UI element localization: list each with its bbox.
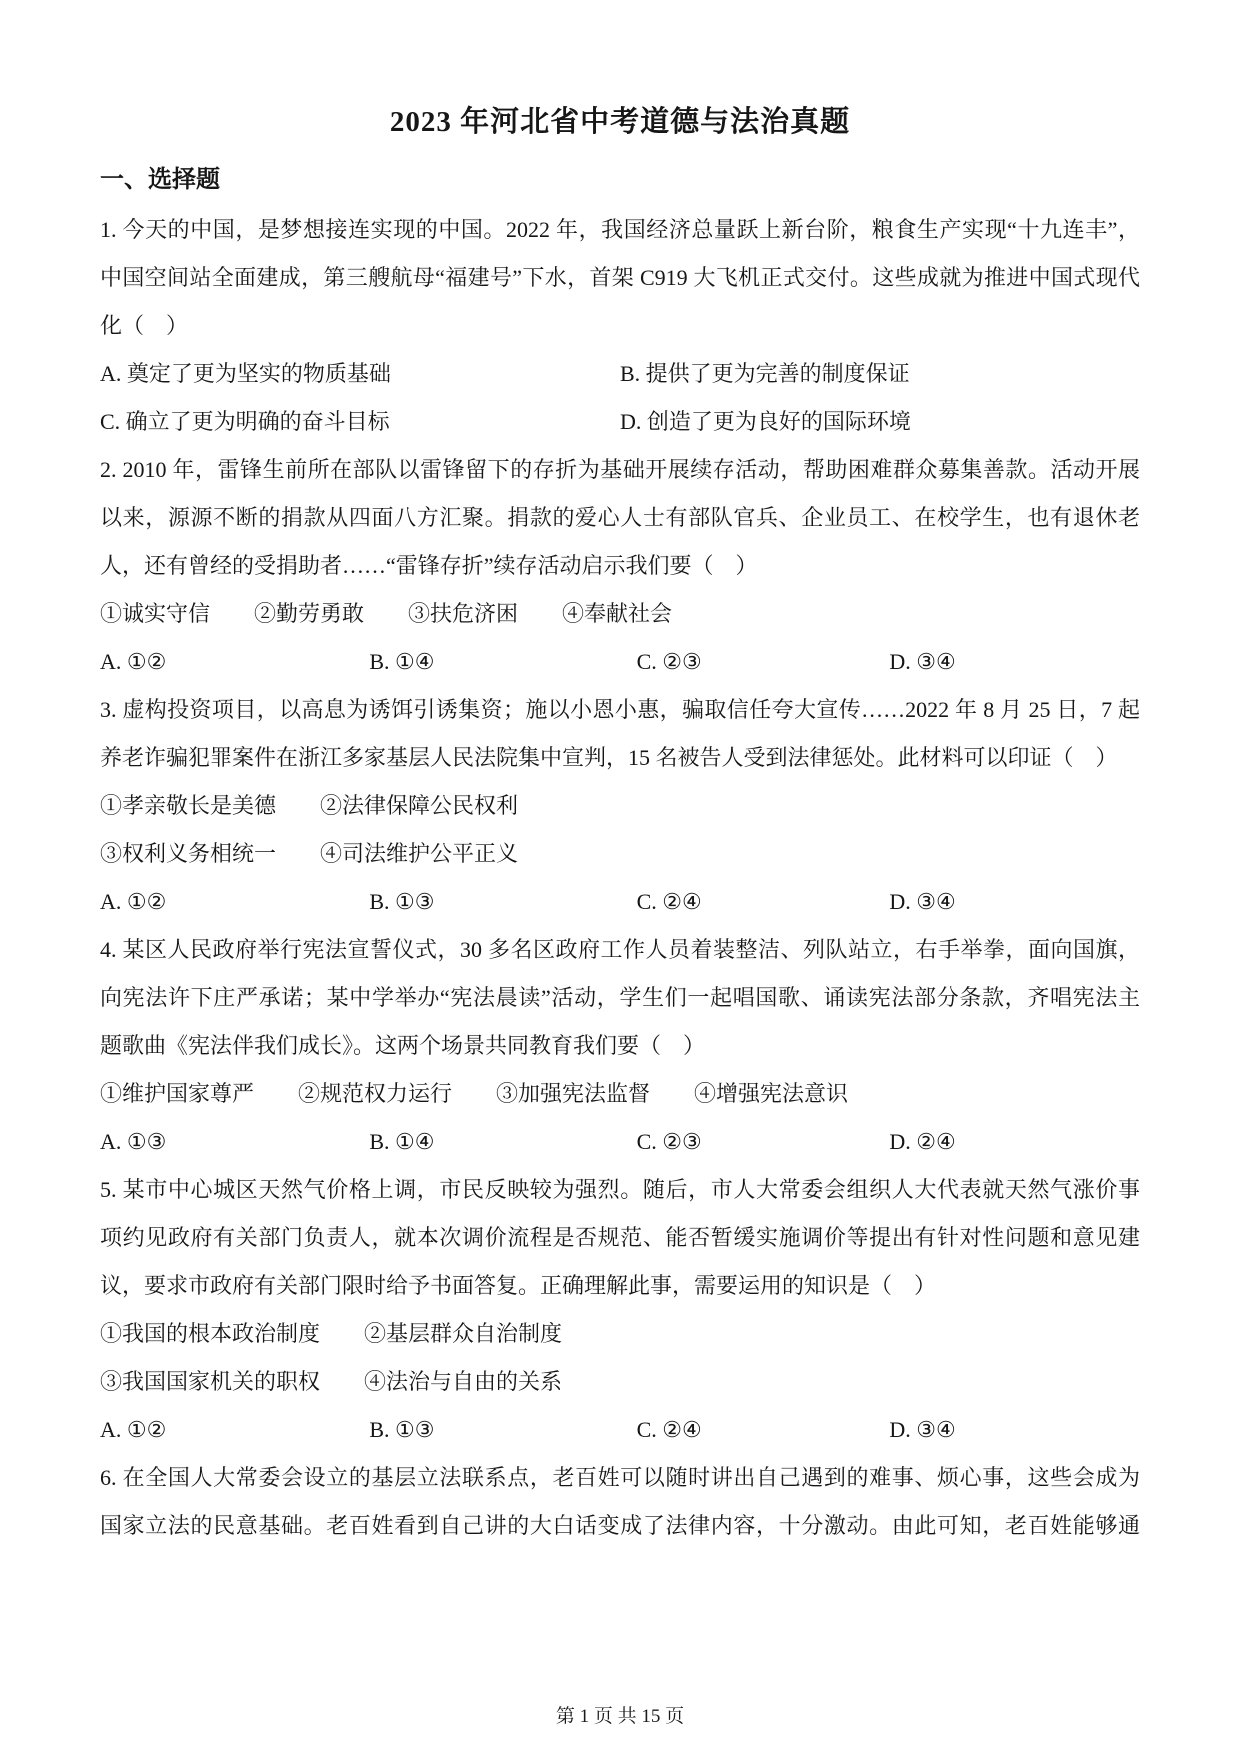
question-5: 5. 某市中心城区天然气价格上调，市民反映较为强烈。随后，市人大常委会组织人大代…	[100, 1166, 1140, 1454]
question-5-sub-items: ③我国国家机关的职权 ④法治与自由的关系	[100, 1358, 1140, 1406]
question-4-option-c: C. ②③	[637, 1118, 890, 1166]
question-1-stem-line: 中国空间站全面建成，第三艘航母“福建号”下水，首架 C919 大飞机正式交付。这…	[100, 254, 1140, 302]
exam-page: 2023 年河北省中考道德与法治真题 一、选择题 1. 今天的中国，是梦想接连实…	[0, 0, 1240, 1754]
question-2-options-row: A. ①② B. ①④ C. ②③ D. ③④	[100, 638, 1140, 686]
question-1-stem-line: 化（ ）	[100, 302, 1140, 350]
question-1-option-c: C. 确立了更为明确的奋斗目标	[100, 398, 620, 446]
question-3-option-a: A. ①②	[100, 878, 369, 926]
question-4-option-d: D. ②④	[889, 1118, 1140, 1166]
question-2-option-a: A. ①②	[100, 638, 369, 686]
section-heading-multiple-choice: 一、选择题	[100, 162, 1140, 198]
question-1-stem-line: 1. 今天的中国，是梦想接连实现的中国。2022 年，我国经济总量跃上新台阶，粮…	[100, 206, 1140, 254]
question-3-option-d: D. ③④	[889, 878, 1140, 926]
question-3-stem-line: 3. 虚构投资项目，以高息为诱饵引诱集资；施以小恩小惠，骗取信任夸大宣传……20…	[100, 686, 1140, 734]
question-5-stem-line: 议，要求市政府有关部门限时给予书面答复。正确理解此事，需要运用的知识是（ ）	[100, 1262, 1140, 1310]
question-3-option-b: B. ①③	[369, 878, 636, 926]
question-1-option-d: D. 创造了更为良好的国际环境	[620, 398, 1140, 446]
question-1-options-row: A. 奠定了更为坚实的物质基础 B. 提供了更为完善的制度保证	[100, 350, 1140, 398]
question-2-option-b: B. ①④	[369, 638, 636, 686]
question-1-options-row: C. 确立了更为明确的奋斗目标 D. 创造了更为良好的国际环境	[100, 398, 1140, 446]
question-5-option-d: D. ③④	[889, 1406, 1140, 1454]
question-4-option-b: B. ①④	[369, 1118, 636, 1166]
question-3-stem-line: 养老诈骗犯罪案件在浙江多家基层人民法院集中宣判，15 名被告人受到法律惩处。此材…	[100, 734, 1140, 782]
question-4-options-row: A. ①③ B. ①④ C. ②③ D. ②④	[100, 1118, 1140, 1166]
question-2-stem-line: 以来，源源不断的捐款从四面八方汇聚。捐款的爱心人士有部队官兵、企业员工、在校学生…	[100, 494, 1140, 542]
question-5-stem-line: 项约见政府有关部门负责人，就本次调价流程是否规范、能否暂缓实施调价等提出有针对性…	[100, 1214, 1140, 1262]
question-4-stem-line: 向宪法许下庄严承诺；某中学举办“宪法晨读”活动，学生们一起唱国歌、诵读宪法部分条…	[100, 974, 1140, 1022]
question-2-option-d: D. ③④	[889, 638, 1140, 686]
page-number: 第 1 页 共 15 页	[0, 1704, 1240, 1730]
question-2-stem-line: 人，还有曾经的受捐助者……“雷锋存折”续存活动启示我们要（ ）	[100, 542, 1140, 590]
question-4-stem-line: 题歌曲《宪法伴我们成长》。这两个场景共同教育我们要（ ）	[100, 1022, 1140, 1070]
question-1-option-b: B. 提供了更为完善的制度保证	[620, 350, 1140, 398]
question-5-stem-line: 5. 某市中心城区天然气价格上调，市民反映较为强烈。随后，市人大常委会组织人大代…	[100, 1166, 1140, 1214]
question-2: 2. 2010 年，雷锋生前所在部队以雷锋留下的存折为基础开展续存活动，帮助困难…	[100, 446, 1140, 686]
question-3-option-c: C. ②④	[637, 878, 890, 926]
question-5-option-c: C. ②④	[637, 1406, 890, 1454]
question-6-stem-line: 国家立法的民意基础。老百姓看到自己讲的大白话变成了法律内容，十分激动。由此可知，…	[100, 1502, 1140, 1550]
question-4-sub-items: ①维护国家尊严 ②规范权力运行 ③加强宪法监督 ④增强宪法意识	[100, 1070, 1140, 1118]
exam-title: 2023 年河北省中考道德与法治真题	[100, 102, 1140, 142]
question-3-options-row: A. ①② B. ①③ C. ②④ D. ③④	[100, 878, 1140, 926]
question-6: 6. 在全国人大常委会设立的基层立法联系点，老百姓可以随时讲出自己遇到的难事、烦…	[100, 1454, 1140, 1550]
question-3: 3. 虚构投资项目，以高息为诱饵引诱集资；施以小恩小惠，骗取信任夸大宣传……20…	[100, 686, 1140, 926]
question-2-option-c: C. ②③	[637, 638, 890, 686]
question-3-sub-items: ③权利义务相统一 ④司法维护公平正义	[100, 830, 1140, 878]
question-3-sub-items: ①孝亲敬长是美德 ②法律保障公民权利	[100, 782, 1140, 830]
question-5-sub-items: ①我国的根本政治制度 ②基层群众自治制度	[100, 1310, 1140, 1358]
question-5-option-a: A. ①②	[100, 1406, 369, 1454]
question-1: 1. 今天的中国，是梦想接连实现的中国。2022 年，我国经济总量跃上新台阶，粮…	[100, 206, 1140, 446]
question-4-option-a: A. ①③	[100, 1118, 369, 1166]
question-1-option-a: A. 奠定了更为坚实的物质基础	[100, 350, 620, 398]
question-5-options-row: A. ①② B. ①③ C. ②④ D. ③④	[100, 1406, 1140, 1454]
question-5-option-b: B. ①③	[369, 1406, 636, 1454]
question-6-stem-line: 6. 在全国人大常委会设立的基层立法联系点，老百姓可以随时讲出自己遇到的难事、烦…	[100, 1454, 1140, 1502]
question-2-stem-line: 2. 2010 年，雷锋生前所在部队以雷锋留下的存折为基础开展续存活动，帮助困难…	[100, 446, 1140, 494]
question-4: 4. 某区人民政府举行宪法宣誓仪式，30 多名区政府工作人员着装整洁、列队站立，…	[100, 926, 1140, 1166]
question-4-stem-line: 4. 某区人民政府举行宪法宣誓仪式，30 多名区政府工作人员着装整洁、列队站立，…	[100, 926, 1140, 974]
question-2-sub-items: ①诚实守信 ②勤劳勇敢 ③扶危济困 ④奉献社会	[100, 590, 1140, 638]
